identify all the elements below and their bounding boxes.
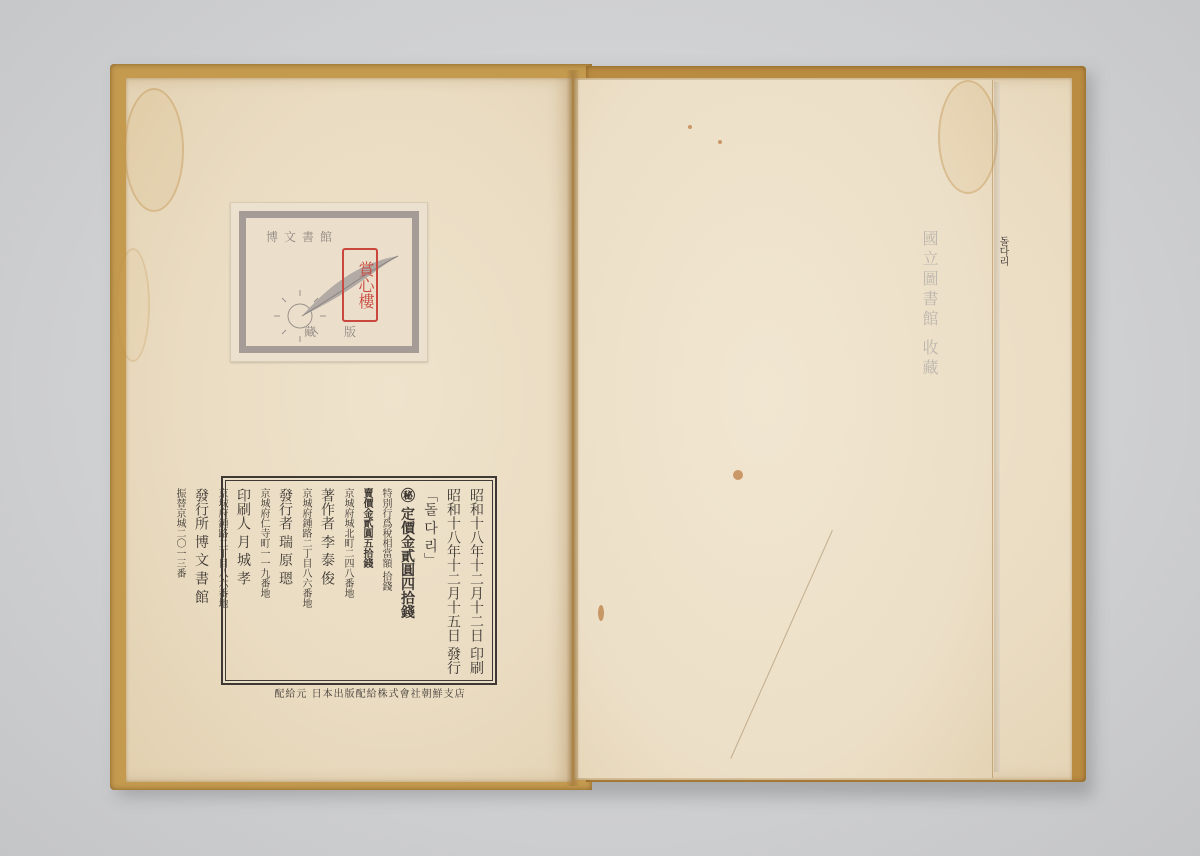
colophon-publish-date: 昭和十八年十二月十五日 發行 [441, 488, 464, 673]
edge-title-text: 돌다리 [995, 236, 1010, 266]
colophon-tax: 特別行爲稅相當額 拾錢 [376, 488, 395, 673]
colophon-printer: 印刷人 月 城 孝 [231, 488, 254, 673]
book-gutter [566, 70, 580, 786]
colophon-print-date: 昭和十八年十二月十二日 印刷 [464, 488, 487, 673]
bookplate-frame: 博文書館 賞心樓 藏版 [239, 211, 419, 353]
foxing-spot [718, 140, 722, 144]
colophon-publishing-house: 發行所 博 文 書 館 [189, 488, 212, 673]
colophon-publisher-address: 京城府鍾路二丁目八六番地 [296, 488, 315, 673]
colophon-transfer-account: 振替京城二〇一三番 [170, 488, 189, 673]
colophon-author-address: 京城府城北町二四八番地 [338, 488, 357, 673]
folded-flap-page [578, 80, 993, 778]
colophon-title: 「돌 다 리」 [418, 488, 441, 673]
colophon-distributor: 配給元 日本出版配給株式會社朝鮮支店 [240, 685, 500, 700]
faint-library-stamp: 國立圖書館 收藏 [918, 230, 941, 379]
colophon-house-address: 京城府鍾路二丁目八六番地 [212, 488, 231, 673]
colophon-printer-address: 京城府仁寺町一一九番地 [254, 488, 273, 673]
foxing-spot [688, 125, 692, 129]
foxing-spot [598, 605, 604, 621]
water-stain [938, 80, 998, 194]
colophon-box: 昭和十八年十二月十二日 印刷 昭和十八年十二月十五日 發行 「돌 다 리」 ㊙ … [221, 476, 497, 685]
colophon-text: 昭和十八年十二月十二日 印刷 昭和十八年十二月十五日 發行 「돌 다 리」 ㊙ … [231, 488, 487, 673]
colophon-publisher: 發行者 瑞 原 𤨒 [273, 488, 296, 673]
water-stain [116, 248, 150, 362]
colophon-sale-price: 賣價金貳圓五拾錢 [357, 488, 376, 673]
red-seal-stamp: 賞心樓 [342, 248, 378, 322]
bookplate: 博文書館 賞心樓 藏版 [230, 202, 428, 362]
bookplate-label: 藏版 [304, 323, 384, 340]
water-stain [124, 88, 184, 212]
colophon-author: 著作者 李 泰 俊 [315, 488, 338, 673]
foxing-spot [733, 470, 743, 480]
colophon-price: ㊙ 定價金貳圓四拾錢 [395, 488, 418, 673]
page-edge [994, 82, 1000, 772]
